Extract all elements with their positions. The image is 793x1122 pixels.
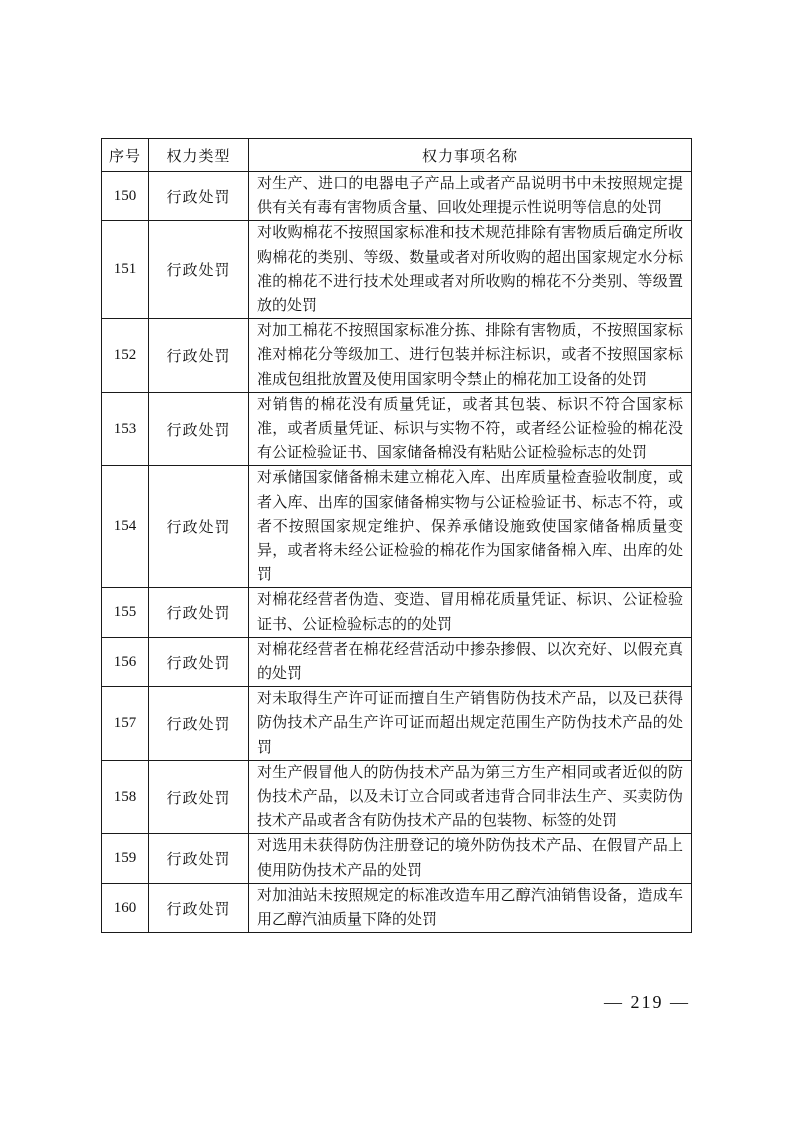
table-row: 158 行政处罚 对生产假冒他人的防伪技术产品为第三方生产相同或者近似的防伪技术… <box>102 760 692 834</box>
cell-serial-number: 158 <box>102 760 149 834</box>
table-row: 151 行政处罚 对收购棉花不按照国家标准和技术规范排除有害物质后确定所收购棉花… <box>102 221 692 319</box>
cell-power-item-name: 对收购棉花不按照国家标准和技术规范排除有害物质后确定所收购棉花的类别、等级、数量… <box>249 221 692 319</box>
cell-power-type: 行政处罚 <box>149 760 249 834</box>
table-row: 156 行政处罚 对棉花经营者在棉花经营活动中掺杂掺假、以次充好、以假充真的处罚 <box>102 637 692 686</box>
cell-power-item-name: 对承储国家储备棉未建立棉花入库、出库质量检查验收制度，或者入库、出库的国家储备棉… <box>249 466 692 588</box>
header-serial-number: 序号 <box>102 139 149 172</box>
cell-serial-number: 160 <box>102 883 149 932</box>
cell-serial-number: 150 <box>102 172 149 221</box>
cell-power-type: 行政处罚 <box>149 319 249 393</box>
cell-serial-number: 154 <box>102 466 149 588</box>
table-row: 157 行政处罚 对未取得生产许可证而擅自生产销售防伪技术产品，以及已获得防伪技… <box>102 687 692 761</box>
document-page: { "table": { "headers": ["序号", "权力类型", "… <box>0 0 793 1122</box>
authority-items-table: 序号 权力类型 权力事项名称 150 行政处罚 对生产、进口的电器电子产品上或者… <box>101 138 692 933</box>
cell-power-item-name: 对销售的棉花没有质量凭证，或者其包装、标识不符合国家标准，或者质量凭证、标识与实… <box>249 392 692 466</box>
table-row: 160 行政处罚 对加油站未按照规定的标准改造车用乙醇汽油销售设备，造成车用乙醇… <box>102 883 692 932</box>
header-power-item-name: 权力事项名称 <box>249 139 692 172</box>
cell-power-type: 行政处罚 <box>149 883 249 932</box>
cell-serial-number: 155 <box>102 588 149 637</box>
table-row: 154 行政处罚 对承储国家储备棉未建立棉花入库、出库质量检查验收制度，或者入库… <box>102 466 692 588</box>
cell-power-type: 行政处罚 <box>149 637 249 686</box>
table-row: 150 行政处罚 对生产、进口的电器电子产品上或者产品说明书中未按照规定提供有关… <box>102 172 692 221</box>
table-body: 150 行政处罚 对生产、进口的电器电子产品上或者产品说明书中未按照规定提供有关… <box>102 172 692 933</box>
cell-power-item-name: 对加工棉花不按照国家标准分拣、排除有害物质，不按照国家标准对棉花分等级加工、进行… <box>249 319 692 393</box>
page-number: — 219 — <box>0 992 690 1013</box>
table-row: 152 行政处罚 对加工棉花不按照国家标准分拣、排除有害物质，不按照国家标准对棉… <box>102 319 692 393</box>
cell-power-type: 行政处罚 <box>149 466 249 588</box>
cell-power-item-name: 对棉花经营者在棉花经营活动中掺杂掺假、以次充好、以假充真的处罚 <box>249 637 692 686</box>
cell-serial-number: 151 <box>102 221 149 319</box>
cell-power-item-name: 对选用未获得防伪注册登记的境外防伪技术产品、在假冒产品上使用防伪技术产品的处罚 <box>249 834 692 883</box>
cell-serial-number: 152 <box>102 319 149 393</box>
cell-power-type: 行政处罚 <box>149 172 249 221</box>
table-row: 155 行政处罚 对棉花经营者伪造、变造、冒用棉花质量凭证、标识、公证检验证书、… <box>102 588 692 637</box>
cell-serial-number: 156 <box>102 637 149 686</box>
cell-power-item-name: 对生产、进口的电器电子产品上或者产品说明书中未按照规定提供有关有毒有害物质含量、… <box>249 172 692 221</box>
cell-power-type: 行政处罚 <box>149 392 249 466</box>
table-row: 153 行政处罚 对销售的棉花没有质量凭证，或者其包装、标识不符合国家标准，或者… <box>102 392 692 466</box>
table-header: 序号 权力类型 权力事项名称 <box>102 139 692 172</box>
cell-serial-number: 157 <box>102 687 149 761</box>
cell-power-type: 行政处罚 <box>149 588 249 637</box>
cell-power-type: 行政处罚 <box>149 687 249 761</box>
cell-power-type: 行政处罚 <box>149 221 249 319</box>
cell-power-item-name: 对加油站未按照规定的标准改造车用乙醇汽油销售设备，造成车用乙醇汽油质量下降的处罚 <box>249 883 692 932</box>
header-power-type: 权力类型 <box>149 139 249 172</box>
table-row: 159 行政处罚 对选用未获得防伪注册登记的境外防伪技术产品、在假冒产品上使用防… <box>102 834 692 883</box>
cell-serial-number: 159 <box>102 834 149 883</box>
table-header-row: 序号 权力类型 权力事项名称 <box>102 139 692 172</box>
cell-serial-number: 153 <box>102 392 149 466</box>
cell-power-item-name: 对生产假冒他人的防伪技术产品为第三方生产相同或者近似的防伪技术产品，以及未订立合… <box>249 760 692 834</box>
cell-power-item-name: 对未取得生产许可证而擅自生产销售防伪技术产品，以及已获得防伪技术产品生产许可证而… <box>249 687 692 761</box>
cell-power-item-name: 对棉花经营者伪造、变造、冒用棉花质量凭证、标识、公证检验证书、公证检验标志的的处… <box>249 588 692 637</box>
cell-power-type: 行政处罚 <box>149 834 249 883</box>
